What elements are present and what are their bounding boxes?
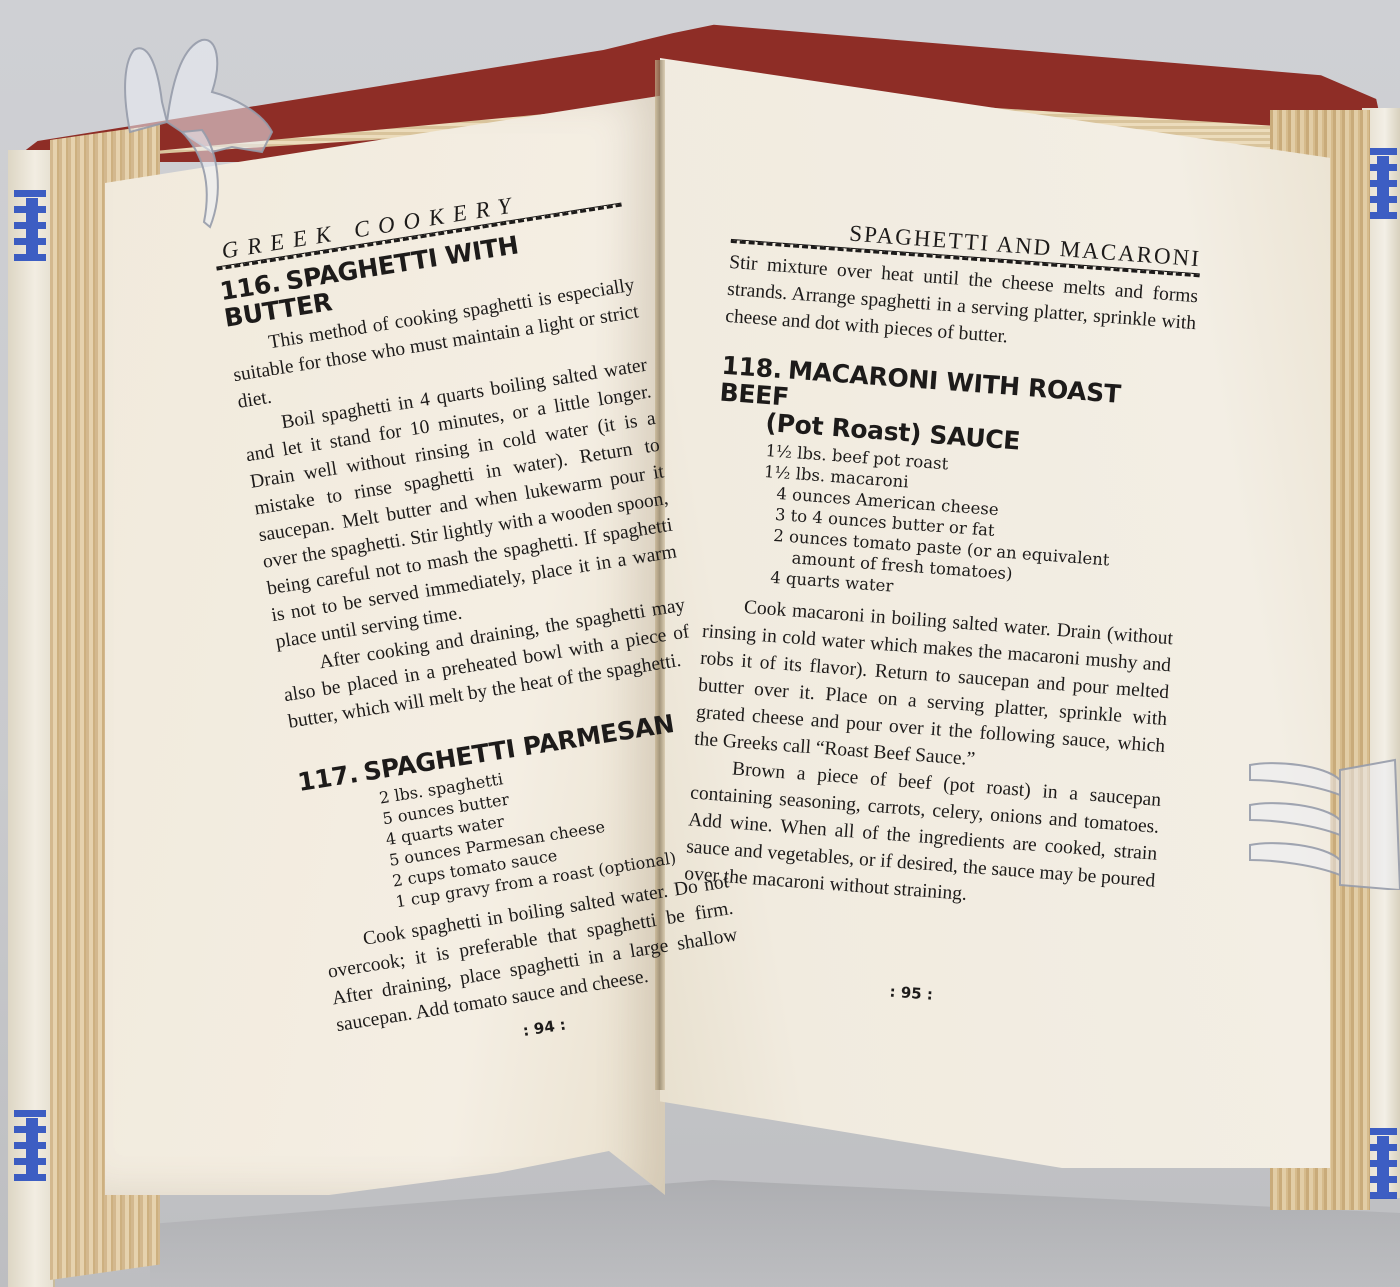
ingredient-list: 1½ lbs. beef pot roast 1½ lbs. macaroni … bbox=[706, 436, 1186, 617]
table-shadow bbox=[150, 1180, 1400, 1287]
greek-key-ornament bbox=[14, 190, 46, 270]
photo-scene: GREEK COOKERY 116.SPAGHETTI WITH BUTTER … bbox=[0, 0, 1400, 1287]
recipe-117: 117.SPAGHETTI PARMESAN 2 lbs. spaghetti … bbox=[296, 705, 744, 1039]
recipe-118: 118.MACARONI WITH ROAST BEEF (Pot Roast)… bbox=[683, 352, 1191, 922]
page-clip-icon bbox=[112, 22, 274, 232]
book-cover-left bbox=[8, 150, 55, 1287]
right-page-text: SPAGHETTI AND MACARONI Stir mixture over… bbox=[676, 212, 1201, 1019]
page-clip-icon bbox=[1245, 740, 1400, 890]
greek-key-ornament bbox=[14, 1110, 46, 1190]
recipe-116: 116.SPAGHETTI WITH BUTTER This method of… bbox=[218, 214, 695, 735]
